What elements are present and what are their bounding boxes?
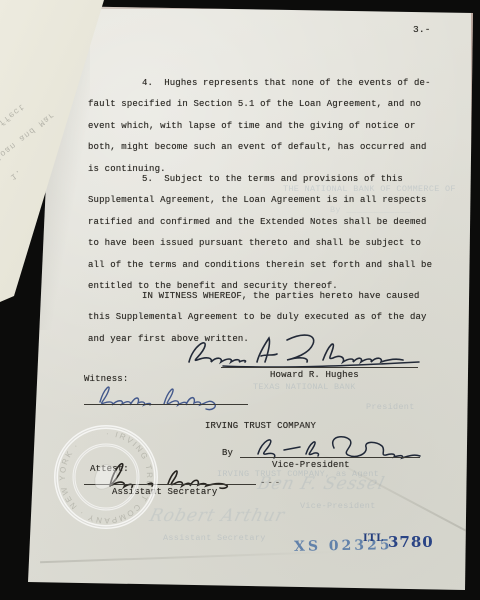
photo-backdrop: 3.- THE NATIONAL BANK OF COMMERCE OF By … <box>0 0 480 600</box>
paragraph-line: fault specified in Section 5.1 of the Lo… <box>88 94 424 115</box>
paragraph-line: IN WITNESS WHEREOF, the parties hereto h… <box>88 286 424 307</box>
ghost-signature: Robert Arthur <box>148 506 288 526</box>
paragraph-line: Supplemental Agreement, the Loan Agreeme… <box>88 190 424 211</box>
page-number: 3.- <box>413 24 431 35</box>
paragraph-line: ratified and confirmed and the Extended … <box>88 212 424 233</box>
paragraph-line: event which, with lapse of time and the … <box>88 116 424 137</box>
embossed-seal-icon: · IRVING TRUST COMPANY · NEW YORK · <box>50 421 162 533</box>
paragraph-5: 5. Subject to the terms and provisions o… <box>88 169 424 297</box>
ghost-text: President <box>366 402 415 412</box>
vice-president-title: Vice-President <box>272 460 350 470</box>
stamp-prefix: ITL <box>363 533 384 544</box>
paragraph-line: 4. Hughes represents that none of the ev… <box>88 73 424 94</box>
ghost-text: Vice-President <box>300 501 376 511</box>
paragraph-line: 5. Subject to the terms and provisions o… <box>88 169 424 190</box>
hughes-typed-name: Howard R. Hughes <box>270 370 359 380</box>
catalog-stamp: 3780 <box>388 533 434 551</box>
paragraph-line: this Supplemental Agreement to be duly e… <box>88 307 424 328</box>
hughes-signature <box>183 332 423 372</box>
ghost-text: TEXAS NATIONAL BANK <box>253 382 356 392</box>
witness-signature-line <box>84 404 248 405</box>
sessel-signature-line <box>240 457 420 458</box>
attest-line-dashes: --- <box>260 478 282 488</box>
hughes-signature-line <box>221 367 418 368</box>
paragraph-4: 4. Hughes represents that none of the ev… <box>88 73 424 180</box>
paragraph-line: all of the terms and conditions therein … <box>88 255 424 276</box>
page-top-edge <box>54 6 474 9</box>
page-right-edge <box>471 8 474 568</box>
ghost-text: Assistant Secretary <box>163 533 266 543</box>
paragraph-line: both, might become such an event of defa… <box>88 137 424 158</box>
paragraph-line: to have been issued pursuant thereto and… <box>88 233 424 254</box>
